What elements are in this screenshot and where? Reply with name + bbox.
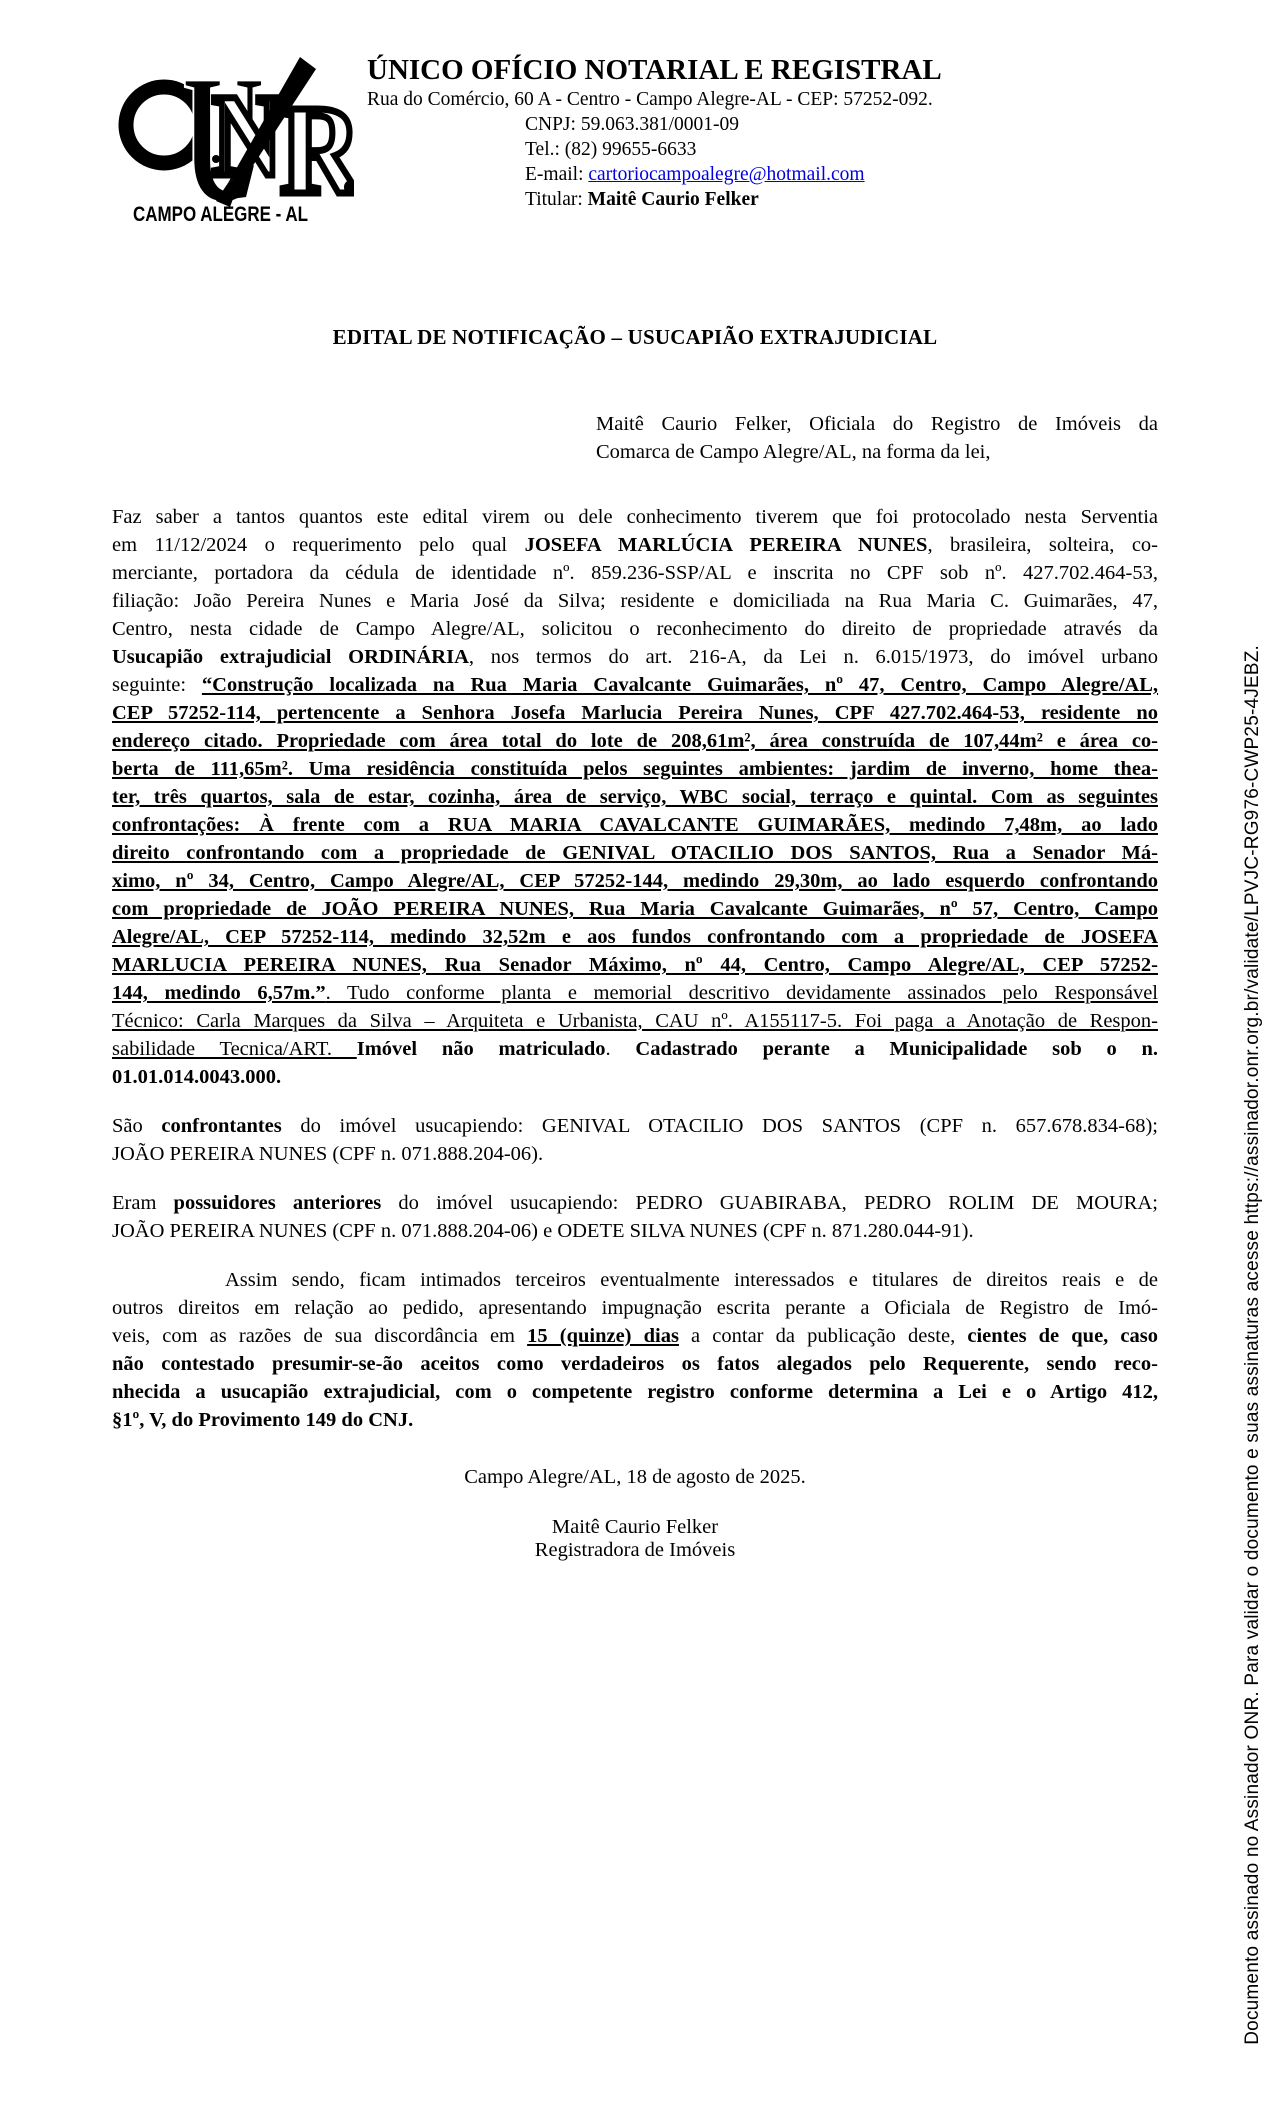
paragraph: Eram possuidores anteriores do imóvel us… — [112, 1189, 1158, 1245]
text-line: 144, medindo 6,57m.”. Tudo conforme plan… — [112, 979, 1158, 1007]
text-line: confrontações: À frente com a RUA MARIA … — [112, 811, 1158, 839]
text-run: CEP 57252-114, pertencente a Senhora Jos… — [112, 702, 1158, 724]
text-run: endereço citado. Propriedade com área to… — [112, 730, 1158, 752]
text-run: sabilidade Tecnica/ART. — [112, 1038, 357, 1060]
text-run: a contar da publicação deste, — [679, 1325, 967, 1347]
intro-paragraph: Maitê Caurio Felker, Oficiala do Registr… — [596, 410, 1158, 466]
text-line: outros direitos em relação ao pedido, ap… — [112, 1294, 1158, 1322]
text-line: nhecida a usucapião extrajudicial, com o… — [112, 1378, 1158, 1406]
text-line: ter, três quartos, sala de estar, cozinh… — [112, 783, 1158, 811]
text-run: em 11/12/2024 o requerimento pelo qual — [112, 534, 525, 556]
titular-name: Maitê Caurio Felker — [588, 189, 759, 210]
text-run: Usucapião extrajudicial ORDINÁRIA — [112, 646, 469, 668]
logo-subtitle: CAMPO ALEGRE - AL — [133, 203, 308, 225]
text-run: , nos termos do art. 216-A, da Lei n. 6.… — [469, 646, 1158, 668]
text-line: veis, com as razões de sua discordância … — [112, 1322, 1158, 1350]
text-line: Usucapião extrajudicial ORDINÁRIA, nos t… — [112, 643, 1158, 671]
text-run: MARLUCIA PEREIRA NUNES, Rua Senador Máxi… — [112, 954, 1158, 976]
text-run: outros direitos em relação ao pedido, ap… — [112, 1297, 1158, 1319]
text-run: ximo, nº 34, Centro, Campo Alegre/AL, CE… — [112, 870, 1158, 892]
text-line: seguinte: “Construção localizada na Rua … — [112, 671, 1158, 699]
org-name: ÚNICO OFÍCIO NOTARIAL E REGISTRAL — [367, 55, 1158, 87]
text-run: Centro, nesta cidade de Campo Alegre/AL,… — [112, 618, 1158, 640]
text-run: 144, medindo 6,57m.” — [112, 982, 326, 1004]
text-run: “Construção localizada na Rua Maria Cava… — [202, 674, 1158, 696]
signature-role: Registradora de Imóveis — [112, 1539, 1158, 1562]
onr-logo: U N R . CAMPO ALEGRE - AL — [112, 55, 367, 230]
text-run: merciante, portadora da cédula de identi… — [112, 562, 1158, 584]
text-run: Comarca de Campo Alegre/AL, na forma da … — [596, 441, 991, 463]
paragraph: Maitê Caurio Felker, Oficiala do Registr… — [596, 410, 1158, 466]
document-body: Faz saber a tantos quantos este edital v… — [112, 503, 1158, 1434]
document-page: U N R . CAMPO ALEGRE - AL ÚNICO OFÍCIO N… — [0, 0, 1276, 2101]
org-titular-line: Titular: Maitê Caurio Felker — [367, 187, 1158, 212]
text-run: filiação: João Pereira Nunes e Maria Jos… — [112, 590, 1158, 612]
text-run: cientes de que, caso — [967, 1325, 1158, 1347]
text-run: Técnico: Carla Marques da Silva – Arquit… — [112, 1010, 1158, 1032]
signature-name: Maitê Caurio Felker — [112, 1516, 1158, 1539]
letterhead: U N R . CAMPO ALEGRE - AL ÚNICO OFÍCIO N… — [112, 55, 1158, 230]
text-run: confrontantes — [161, 1115, 281, 1137]
paragraph: São confrontantes do imóvel usucapiendo:… — [112, 1112, 1158, 1168]
email-link[interactable]: cartoriocampoalegre@hotmail.com — [588, 164, 864, 185]
text-run: JOÃO PEREIRA NUNES (CPF n. 071.888.204-0… — [112, 1220, 974, 1242]
text-run: do imóvel usucapiendo: PEDRO GUABIRABA, … — [381, 1192, 1158, 1214]
text-line: endereço citado. Propriedade com área to… — [112, 727, 1158, 755]
text-run: . — [606, 1038, 636, 1060]
text-line: em 11/12/2024 o requerimento pelo qual J… — [112, 531, 1158, 559]
text-run: Assim sendo, ficam intimados terceiros e… — [225, 1269, 1158, 1291]
text-line: §1º, V, do Provimento 149 do CNJ. — [112, 1406, 1158, 1434]
text-run: veis, com as razões de sua discordância … — [112, 1325, 527, 1347]
text-line: Eram possuidores anteriores do imóvel us… — [112, 1189, 1158, 1217]
email-label: E-mail: — [525, 164, 588, 185]
titular-label: Titular: — [525, 189, 588, 210]
text-line: São confrontantes do imóvel usucapiendo:… — [112, 1112, 1158, 1140]
text-line: Assim sendo, ficam intimados terceiros e… — [112, 1266, 1158, 1294]
text-line: ximo, nº 34, Centro, Campo Alegre/AL, CE… — [112, 867, 1158, 895]
org-email-line: E-mail: cartoriocampoalegre@hotmail.com — [367, 162, 1158, 187]
paragraph: Faz saber a tantos quantos este edital v… — [112, 503, 1158, 1091]
text-run: possuidores anteriores — [174, 1192, 382, 1214]
paragraph: Assim sendo, ficam intimados terceiros e… — [112, 1266, 1158, 1434]
text-line: sabilidade Tecnica/ART. Imóvel não matri… — [112, 1035, 1158, 1063]
text-run: §1º, V, do Provimento 149 do CNJ. — [112, 1409, 413, 1431]
org-phone: Tel.: (82) 99655-6633 — [367, 137, 1158, 162]
text-run: JOÃO PEREIRA NUNES (CPF n. 071.888.204-0… — [112, 1143, 543, 1165]
text-run: berta de 111,65m². Uma residência consti… — [112, 758, 1158, 780]
text-run: 01.01.014.0043.000. — [112, 1066, 281, 1088]
text-run: Imóvel não matriculado — [357, 1038, 606, 1060]
text-line: Faz saber a tantos quantos este edital v… — [112, 503, 1158, 531]
document-title: EDITAL DE NOTIFICAÇÃO – USUCAPIÃO EXTRAJ… — [112, 325, 1158, 350]
text-run: confrontações: À frente com a RUA MARIA … — [112, 814, 1158, 836]
text-run: Cadastrado perante a Municipalidade sob … — [635, 1038, 1158, 1060]
text-line: direito confrontando com a propriedade d… — [112, 839, 1158, 867]
text-run: direito confrontando com a propriedade d… — [112, 842, 1158, 864]
text-run: . Tudo conforme planta e memorial descri… — [326, 982, 1158, 1004]
text-line: berta de 111,65m². Uma residência consti… — [112, 755, 1158, 783]
text-run: seguinte: — [112, 674, 202, 696]
text-run: Faz saber a tantos quantos este edital v… — [112, 506, 1158, 528]
signature-validation-note: Documento assinado no Assinador ONR. Par… — [1242, 645, 1264, 2045]
text-run: não contestado presumir-se-ão aceitos co… — [112, 1353, 1158, 1375]
text-line: merciante, portadora da cédula de identi… — [112, 559, 1158, 587]
org-address: Rua do Comércio, 60 A - Centro - Campo A… — [367, 87, 1158, 112]
onr-logo-icon: U N R . CAMPO ALEGRE - AL — [112, 55, 354, 225]
dateline: Campo Alegre/AL, 18 de agosto de 2025. — [112, 1466, 1158, 1489]
text-line: JOÃO PEREIRA NUNES (CPF n. 071.888.204-0… — [112, 1140, 1158, 1168]
text-run: com propriedade de JOÃO PEREIRA NUNES, R… — [112, 898, 1158, 920]
text-line: Técnico: Carla Marques da Silva – Arquit… — [112, 1007, 1158, 1035]
text-line: filiação: João Pereira Nunes e Maria Jos… — [112, 587, 1158, 615]
logo-period: . — [340, 114, 354, 213]
letterhead-text: ÚNICO OFÍCIO NOTARIAL E REGISTRAL Rua do… — [367, 55, 1158, 212]
text-line: Alegre/AL, CEP 57252-114, medindo 32,52m… — [112, 923, 1158, 951]
text-run: do imóvel usucapiendo: GENIVAL OTACILIO … — [282, 1115, 1158, 1137]
text-run: 15 (quinze) dias — [527, 1325, 679, 1347]
text-line: Maitê Caurio Felker, Oficiala do Registr… — [596, 410, 1158, 438]
text-line: 01.01.014.0043.000. — [112, 1063, 1158, 1091]
text-run: Alegre/AL, CEP 57252-114, medindo 32,52m… — [112, 926, 1158, 948]
text-line: Centro, nesta cidade de Campo Alegre/AL,… — [112, 615, 1158, 643]
text-line: não contestado presumir-se-ão aceitos co… — [112, 1350, 1158, 1378]
text-run: , brasileira, solteira, co- — [927, 534, 1158, 556]
text-run: Eram — [112, 1192, 174, 1214]
text-line: JOÃO PEREIRA NUNES (CPF n. 071.888.204-0… — [112, 1217, 1158, 1245]
text-run: nhecida a usucapião extrajudicial, com o… — [112, 1381, 1158, 1403]
text-line: CEP 57252-114, pertencente a Senhora Jos… — [112, 699, 1158, 727]
text-run: Maitê Caurio Felker, Oficiala do Registr… — [596, 413, 1158, 435]
text-run: São — [112, 1115, 161, 1137]
text-run: ter, três quartos, sala de estar, cozinh… — [112, 786, 1158, 808]
text-run: JOSEFA MARLÚCIA PEREIRA NUNES — [525, 534, 928, 556]
text-line: MARLUCIA PEREIRA NUNES, Rua Senador Máxi… — [112, 951, 1158, 979]
text-line: com propriedade de JOÃO PEREIRA NUNES, R… — [112, 895, 1158, 923]
org-cnpj: CNPJ: 59.063.381/0001-09 — [367, 112, 1158, 137]
text-line: Comarca de Campo Alegre/AL, na forma da … — [596, 438, 1158, 466]
